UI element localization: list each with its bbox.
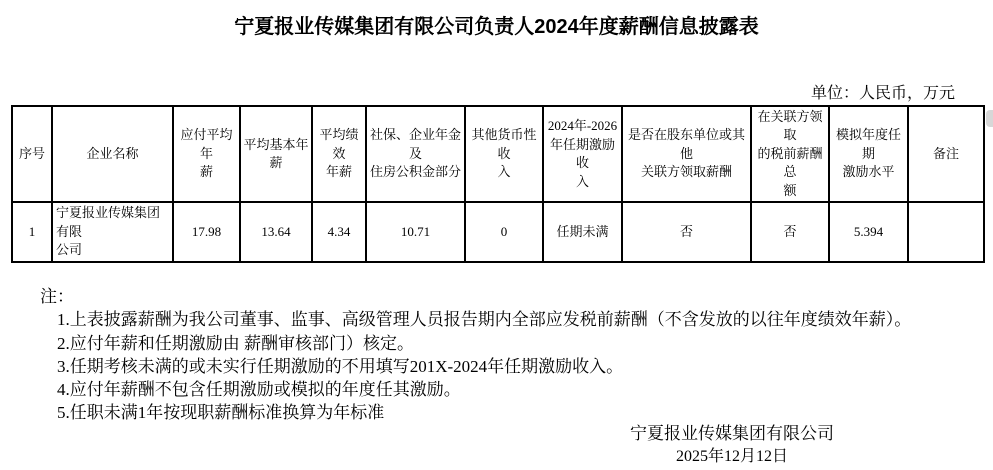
cell-company-name: 宁夏报业传媒集团有限 公司 (52, 202, 173, 261)
cell-remarks (908, 202, 984, 261)
cell-index: 1 (12, 202, 52, 261)
signature-company: 宁夏报业传媒集团有限公司 (630, 422, 834, 445)
header-cell-remarks: 备注 (908, 106, 984, 202)
note-item-3: 3.任期考核未满的或未实行任期激励的不用填写201X-2024年任期激励收入。 (57, 355, 980, 378)
header-cell-average-base-salary: 平均基本年 薪 (240, 106, 312, 202)
note-item-2: 2.应付年薪和任期激励由 薪酬审核部门）核定。 (57, 332, 980, 355)
salary-disclosure-document: 宁夏报业传媒集团有限公司负责人2024年度薪酬信息披露表 单位：人民币，万元 序… (0, 0, 993, 470)
notes-label: 注： (40, 285, 980, 308)
cell-payable-average-annual-salary: 17.98 (173, 202, 240, 261)
note-item-5: 5.任职未满1年按现职薪酬标准换算为年标准 (57, 401, 980, 424)
cell-related-party-pretax-total: 否 (751, 202, 829, 261)
page-title: 宁夏报业传媒集团有限公司负责人2024年度薪酬信息披露表 (0, 10, 993, 39)
header-cell-payable-average-annual-salary: 应付平均年 薪 (173, 106, 240, 202)
header-cell-social-insurance-housing-fund: 社保、企业年金及 住房公积金部分 (366, 106, 465, 202)
header-cell-related-party-pretax-total: 在关联方领取 的税前薪酬总 额 (751, 106, 829, 202)
cell-average-base-salary: 13.64 (240, 202, 312, 261)
cell-related-party-salary-flag: 否 (622, 202, 751, 261)
header-cell-company-name: 企业名称 (52, 106, 173, 202)
header-cell-average-performance-salary: 平均绩效 年薪 (312, 106, 366, 202)
table-header-row: 序号 企业名称 应付平均年 薪 平均基本年 薪 平均绩效 年薪 社保、企业年金及… (12, 106, 984, 202)
header-cell-other-monetary-income: 其他货币性收 入 (465, 106, 543, 202)
cell-average-performance-salary: 4.34 (312, 202, 366, 261)
note-item-1: 1.上表披露薪酬为我公司董事、监事、高级管理人员报告期内全部应发税前薪酬（不含发… (57, 308, 980, 331)
header-cell-related-party-salary-flag: 是否在股东单位或其他 关联方领取薪酬 (622, 106, 751, 202)
salary-disclosure-table: 序号 企业名称 应付平均年 薪 平均基本年 薪 平均绩效 年薪 社保、企业年金及… (11, 105, 985, 263)
cell-simulated-term-incentive: 5.394 (829, 202, 908, 261)
cell-other-monetary-income: 0 (465, 202, 543, 261)
note-item-4: 4.应付年薪酬不包含任期激励或模拟的年度任其激励。 (57, 378, 980, 401)
table-row: 1 宁夏报业传媒集团有限 公司 17.98 13.64 4.34 10.71 0… (12, 202, 984, 261)
signature-date: 2025年12月12日 (630, 445, 834, 468)
header-cell-simulated-term-incentive: 模拟年度任期 激励水平 (829, 106, 908, 202)
signature-block: 宁夏报业传媒集团有限公司 2025年12月12日 (630, 422, 834, 468)
currency-unit-label: 单位：人民币，万元 (811, 80, 955, 103)
notes-section: 注： 1.上表披露薪酬为我公司董事、监事、高级管理人员报告期内全部应发税前薪酬（… (40, 285, 980, 425)
cell-social-insurance-housing-fund: 10.71 (366, 202, 465, 261)
header-cell-index: 序号 (12, 106, 52, 202)
scrollbar-fragment[interactable] (986, 110, 993, 127)
header-cell-term-incentive-income: 2024年-2026 年任期激励收 入 (543, 106, 622, 202)
cell-term-incentive-income: 任期未满 (543, 202, 622, 261)
